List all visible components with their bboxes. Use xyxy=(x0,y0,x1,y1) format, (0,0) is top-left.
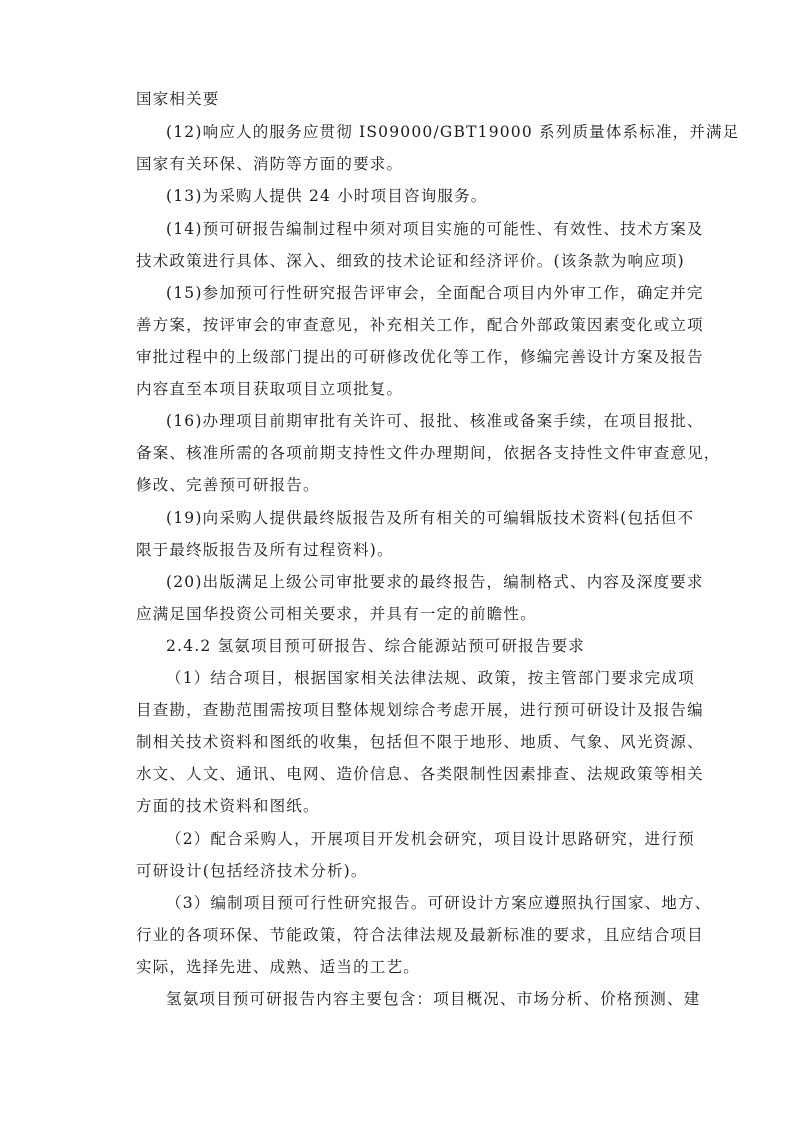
document-page: 国家相关要(12)响应人的服务应贯彻 IS09000/GBT19000 系列质量… xyxy=(0,0,794,1123)
text-line: (15)参加预可行性研究报告评审会，全面配合项目内外审工作，确定并完 xyxy=(166,283,704,303)
text-line: 目查勘，查勘范围需按项目整体规划综合考虑开展，进行预可研设计及报告编 xyxy=(136,700,704,720)
text-line: (16)办理项目前期审批有关许可、报批、核准或备案手续，在项目报批、 xyxy=(166,411,704,431)
text-line: (13)为采购人提供 24 小时项目咨询服务。 xyxy=(166,186,488,206)
text-line: 氢氨项目预可研报告内容主要包含：项目概况、市场分析、价格预测、建 xyxy=(166,989,700,1009)
text-line: 应满足国华投资公司相关要求，并具有一定的前瞻性。 xyxy=(136,604,537,624)
text-line: 善方案，按评审会的审查意见，补充相关工作，配合外部政策因素变化或立项 xyxy=(136,315,704,335)
text-line: 行业的各项环保、节能政策，符合法律法规及最新标准的要求，且应结合项目 xyxy=(136,925,704,945)
text-line: (20)出版满足上级公司审批要求的最终报告，编制格式、内容及深度要求 xyxy=(166,572,704,592)
text-line: 实际，选择先进、成熟、适当的工艺。 xyxy=(136,957,420,977)
text-line: （2）配合采购人，开展项目开发机会研究，项目设计思路研究，进行预 xyxy=(166,829,695,849)
text-line: 备案、核准所需的各项前期支持性文件办理期间，依据各支持性文件审查意见， xyxy=(136,443,721,463)
text-line: 制相关技术资料和图纸的收集，包括但不限于地形、地质、气象、风光资源、 xyxy=(136,732,704,752)
text-line: 修改、完善预可研报告。 xyxy=(136,475,320,495)
text-line: 国家相关要 xyxy=(136,89,220,109)
text-line: (19)向采购人提供最终版报告及所有相关的可编辑版技术资料(包括但不 xyxy=(166,508,694,528)
text-line: （3）编制项目预可行性研究报告。可研设计方案应遵照执行国家、地方、 xyxy=(166,893,711,913)
text-line: 内容直至本项目获取项目立项批复。 xyxy=(136,379,403,399)
text-line: 国家有关环保、消防等方面的要求。 xyxy=(136,154,403,174)
text-line: （1）结合项目，根据国家相关法律法规、政策，按主管部门要求完成项 xyxy=(166,668,695,688)
text-line: 可研设计(包括经济技术分析)。 xyxy=(136,861,368,881)
text-line: 2.4.2 氢氨项目预可研报告、综合能源站预可研报告要求 xyxy=(166,636,585,656)
text-line: 水文、人文、通讯、电网、造价信息、各类限制性因素排查、法规政策等相关 xyxy=(136,764,704,784)
text-line: 限于最终版报告及所有过程资料)。 xyxy=(136,540,394,560)
text-line: 技术政策进行具体、深入、细致的技术论证和经济评价。(该条款为响应项) xyxy=(136,251,685,271)
text-line: (12)响应人的服务应贯彻 IS09000/GBT19000 系列质量体系标准，… xyxy=(166,122,739,142)
text-line: (14)预可研报告编制过程中须对项目实施的可能性、有效性、技术方案及 xyxy=(166,219,704,239)
text-line: 审批过程中的上级部门提出的可研修改优化等工作，修编完善设计方案及报告 xyxy=(136,347,704,367)
text-line: 方面的技术资料和图纸。 xyxy=(136,796,320,816)
